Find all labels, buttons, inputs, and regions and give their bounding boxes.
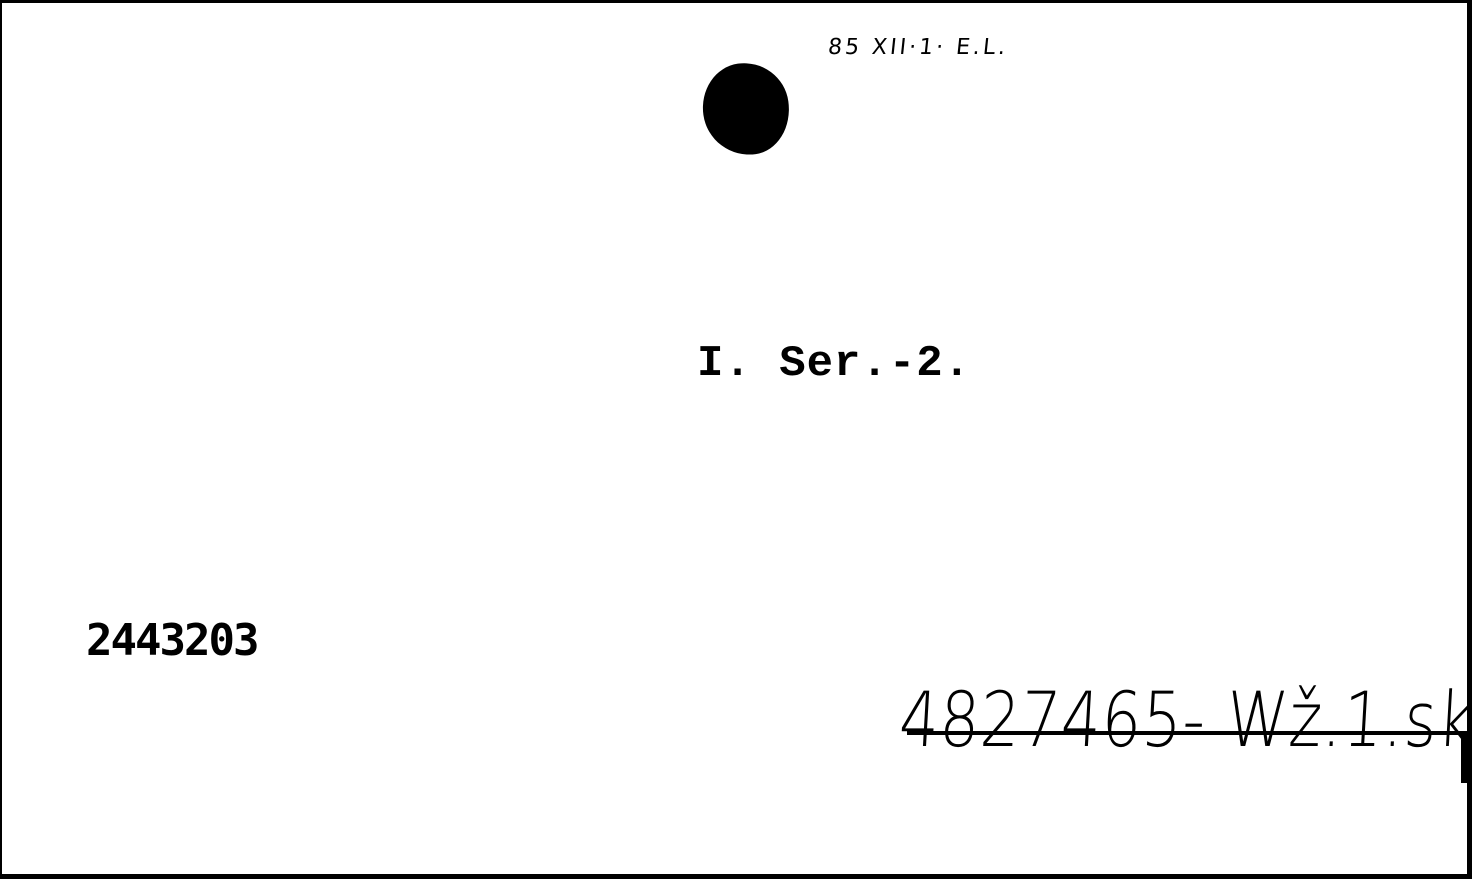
card-edge-mark — [1461, 733, 1467, 783]
classification-label: I. Ser.-2. — [697, 339, 971, 389]
handwritten-bottom-note: 4827465- Wž.1.sk. — [897, 675, 1467, 764]
index-card: 85 XII·1· E.L. I. Ser.-2. 2443203 482746… — [2, 3, 1467, 874]
handwritten-top-note: 85 XII·1· E.L. — [827, 35, 1010, 60]
punch-hole — [697, 57, 795, 160]
strikethrough-line — [907, 731, 1467, 735]
catalog-number: 2443203 — [86, 615, 257, 666]
